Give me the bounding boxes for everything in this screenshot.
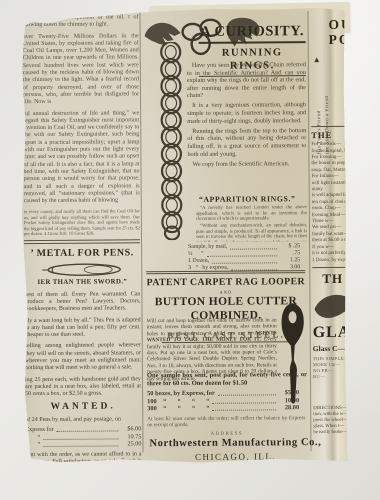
apparition-quote-1: “A novelty has reached London under the … <box>196 205 307 223</box>
price-label: 300 “ “ “ “ <box>147 405 209 413</box>
wanted-line: of 24 Pens by mail, and pay postage, on <box>25 416 141 424</box>
carpet-rag-looper-heading: PATENT CARPET RAG LOOPER <box>144 276 307 289</box>
section-divider <box>24 240 140 245</box>
newspaper-clipping: s taking fire and explosion of the oil. … <box>18 7 347 465</box>
mightier-than-sword-heading: IER THAN THE SWORD.” <box>24 279 140 288</box>
company-name: Northwestern Manufacturing Co., <box>135 437 335 451</box>
price-value: $5.50 <box>279 389 299 397</box>
curiosity-paragraph-4: We copy from the Scientific American. <box>187 160 306 168</box>
price-label: “ “ <box>25 441 40 449</box>
right-illustration <box>312 290 356 322</box>
right-caps-fragments: THIS SIMPLE— MORE CE— NO PR— BU— <box>313 355 380 380</box>
price-leader <box>218 394 276 395</box>
directions-fragments: DIRECTIONS— tion, with the w— press the … <box>313 405 380 436</box>
pens-paragraph-2: ply a want long felt by all.” This Pen i… <box>25 317 141 340</box>
right-text-fragments: For the Sick— for the hospital, bre— For… <box>311 141 380 264</box>
right-th-heading: TH <box>322 270 380 286</box>
looper-price-row: 300 “ “ “ “ 28.00 <box>147 404 299 413</box>
left-top-fragment: s taking fire and explosion of the oil. … <box>22 14 138 29</box>
right-gla-heading: GLA <box>313 322 380 342</box>
rotated-text-line: the Side Down a Friend <box>325 69 332 154</box>
sample-box-offer: One sample box sent, post paid, for twen… <box>147 371 307 388</box>
triangle-ornament: ▲ <box>313 55 321 65</box>
coal-oil-paragraph: over Twenty-Five Millions Dollars in the… <box>23 33 140 107</box>
apparition-rings-heading: “APPARITION RINGS.” <box>188 194 307 204</box>
pens-paragraph-4: ing 25 pens each, with handsome gold and… <box>25 376 141 399</box>
center-column: A CURIOSITY. RUNNING RINGS. Have you see… <box>142 11 305 12</box>
rotated-text-line: His Turn’s Friend <box>317 69 324 154</box>
price-label: Sample, by mail, <box>188 244 227 251</box>
price-value: 28.00 <box>279 404 299 412</box>
price-label: Express for <box>25 426 53 434</box>
pen-price-row: “ “ 25.00 <box>25 440 141 448</box>
price-leader <box>230 248 277 249</box>
price-value: 10.00 <box>279 397 299 405</box>
curiosity-paragraph-1: Have you seen the Wonderful Chain referr… <box>187 61 306 100</box>
pens-paragraph-1: best of them all. Every Pen warranted. C… <box>24 291 140 314</box>
curiosity-paragraph-2: It is a very ingenious contraction, alth… <box>187 102 306 126</box>
glass-cutter-fragment: Glass C— <box>313 343 380 353</box>
terms-paragraph: sent with the order, as we cannot afford… <box>26 451 142 496</box>
price-leader <box>43 446 118 448</box>
rotated-text-block: His Turn’s Friend the Side Down a Friend <box>317 69 332 154</box>
chain-price-list: Sample, by mail, $ .25 ½ “ .75 1 Dozen, … <box>188 243 300 272</box>
and-label: AND <box>144 289 307 296</box>
curiosity-body: Have you seen the Wonderful Chain referr… <box>187 61 307 192</box>
right-divider <box>312 267 352 268</box>
metal-for-pens-heading: ’ METAL FOR PENS. <box>24 248 140 261</box>
safety-extinguisher-paragraph: ful annual destruction of life and thing… <box>23 110 140 206</box>
ad-divider <box>146 270 305 274</box>
curiosity-heading: A CURIOSITY. <box>199 23 306 44</box>
price-value: $6.00 <box>121 425 141 433</box>
curiosity-paragraph-3: Running the rings from the top to the bo… <box>187 127 306 158</box>
price-leader <box>213 409 277 410</box>
company-city: CHICAGO, ILL. <box>146 451 326 463</box>
apparition-quote-2: “Without any mechanism-trick, an optical… <box>196 223 307 241</box>
price-leader <box>57 431 119 432</box>
pen-illustration <box>40 263 124 278</box>
price-leader <box>212 262 277 263</box>
order-terms-note: At least $2 must come with the order; wi… <box>147 415 305 429</box>
price-leader <box>207 255 277 256</box>
apparition-quotes: “A novelty has reached London under the … <box>196 205 307 242</box>
price-leader <box>43 438 118 440</box>
right-column: OU PO ▲ His Turn’s Friend the Side Down … <box>310 16 380 436</box>
price-label: “ “ <box>25 434 40 442</box>
wanted-heading: WANTED. <box>25 402 141 414</box>
small-print-paragraph: in every county, and nearly all them can… <box>24 209 140 237</box>
right-big-letters-2: PO <box>329 31 380 47</box>
price-leader <box>212 402 276 403</box>
left-column: s taking fire and explosion of the oil. … <box>22 14 141 499</box>
pens-paragraph-3: selling among enlightened people whereve… <box>25 343 141 373</box>
looper-price-list: 50 boxes, by Express, for $5.50 100 “ “ … <box>147 389 299 413</box>
right-big-letters-1: OU <box>328 16 380 32</box>
